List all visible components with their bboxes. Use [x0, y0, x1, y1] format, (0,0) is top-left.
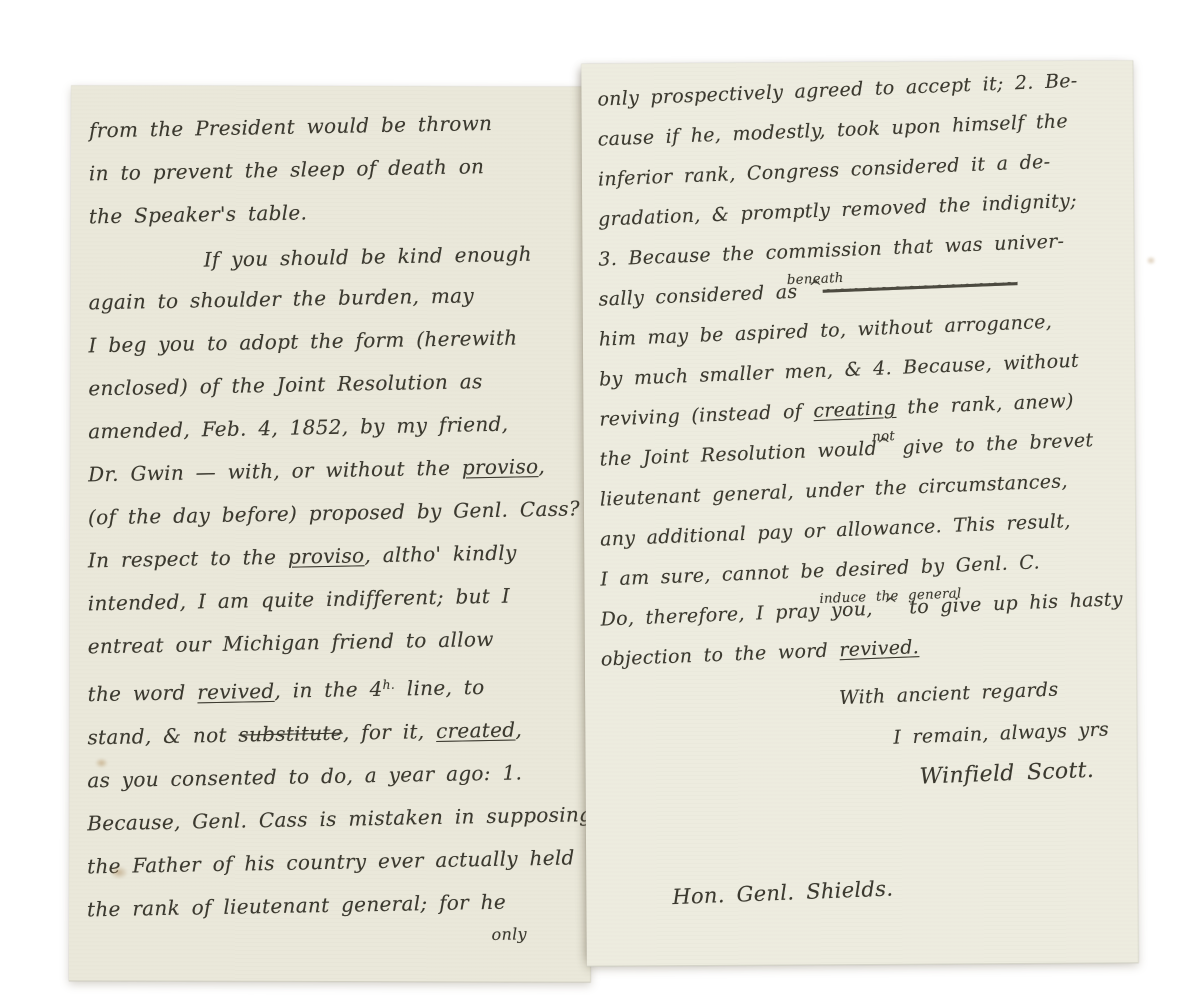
text-segment: proviso — [288, 543, 365, 568]
text-segment: ~~~~~~~~~~~~~~ — [822, 272, 1018, 302]
text-segment: , for it, — [343, 719, 437, 745]
text-segment: , in the 4 — [274, 677, 383, 703]
text-segment: stand, & not — [87, 722, 238, 749]
text-segment: substitute — [238, 720, 343, 746]
text-segment: objection to the word — [600, 639, 839, 670]
text-segment: in to prevent the sleep of death on — [89, 154, 485, 185]
letter-line: the word revived, in the 4h. line, to — [87, 659, 580, 716]
page-text-right: only prospectively agreed to accept it; … — [581, 60, 1139, 966]
letter-page-right: only prospectively agreed to accept it; … — [581, 60, 1139, 966]
text-segment: I remain, always yrs — [893, 718, 1109, 748]
text-segment: I beg you to adopt the form (herewith — [88, 326, 517, 358]
text-segment: (of the day before) proposed by Genl. Ca… — [88, 496, 580, 529]
text-segment: sally considered as — [598, 280, 809, 310]
text-segment: created — [436, 717, 516, 742]
text-segment: from the President would be thrown — [89, 111, 493, 142]
text-segment: In respect to the — [88, 545, 288, 573]
text-segment: With ancient regards — [839, 679, 1059, 710]
letter-line: Hon. Genl. Shields. — [672, 859, 1129, 917]
text-segment: proviso — [462, 454, 539, 479]
text-segment: , — [538, 454, 545, 478]
page-text-left: from the President would be thrownin to … — [69, 85, 593, 982]
text-segment: the rank, anew) — [896, 390, 1074, 419]
text-segment: the rank of lieutenant general; for he — [87, 889, 506, 921]
text-segment: only — [491, 924, 527, 944]
text-segment: give to the brevet — [891, 429, 1094, 459]
text-segment: reviving (instead of — [599, 400, 814, 430]
text-segment: again to shoulder the burden, may — [88, 283, 474, 314]
inserted-word: induce the general^ — [883, 595, 898, 615]
text-segment: intended, I am quite indifferent; but I — [88, 584, 511, 616]
letter-photo: from the President would be thrownin to … — [0, 0, 1200, 1002]
letter-line: the Speaker's table. — [88, 186, 581, 238]
text-segment: as you consented to do, a year ago: 1. — [87, 760, 522, 792]
text-segment: , altho' kindly — [364, 541, 517, 568]
text-segment: Because, Genl. Cass is mistaken in suppo… — [87, 802, 592, 835]
letter-line: Winfield Scott. — [919, 749, 1128, 797]
text-segment: revived. — [839, 636, 920, 661]
text-segment: If you should be kind enough — [203, 242, 532, 272]
foxing-stain — [1146, 256, 1156, 265]
text-segment: the Speaker's table. — [89, 200, 308, 228]
text-segment: h. — [382, 677, 395, 692]
text-segment: the Joint Resolution would — [599, 438, 877, 471]
letter-page-left: from the President would be thrownin to … — [69, 85, 593, 982]
text-segment: revived — [197, 679, 275, 704]
text-segment: Winfield Scott. — [919, 758, 1094, 790]
text-segment: the word — [87, 680, 197, 706]
text-segment: Dr. Gwin — with, or without the — [88, 456, 462, 487]
text-segment: entreat our Michigan friend to allow — [87, 627, 493, 658]
text-segment: , — [515, 717, 522, 741]
text-segment: the Father of his country ever actually … — [87, 845, 575, 878]
inserted-word: not^ — [877, 435, 892, 455]
text-segment: Hon. Genl. Shields. — [672, 876, 894, 909]
inserted-word: beneath^ — [808, 278, 823, 298]
text-segment: creating — [813, 397, 897, 422]
text-segment: enclosed) of the Joint Resolution as — [88, 369, 483, 400]
text-segment: line, to — [395, 675, 485, 701]
text-segment: amended, Feb. 4, 1852, by my friend, — [88, 412, 508, 444]
